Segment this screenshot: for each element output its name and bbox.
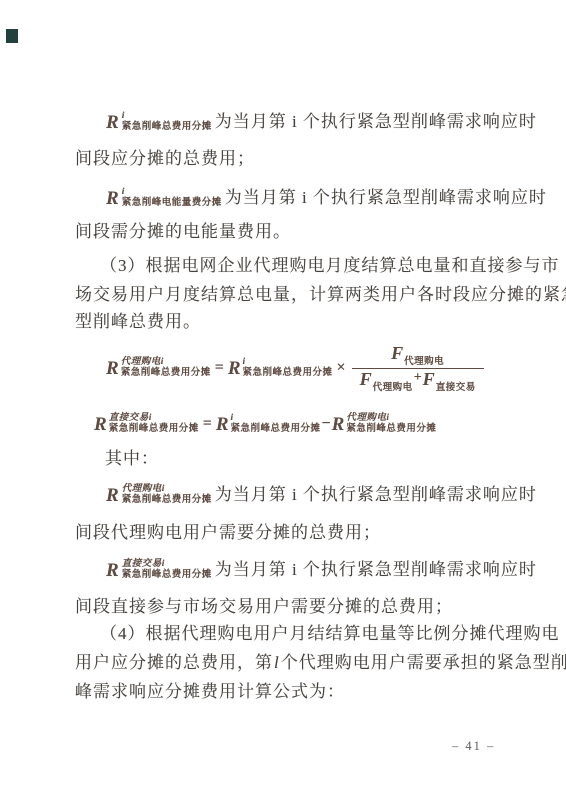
para3-line2: 场交易用户月度结算总电量，计算两类用户各时段应分摊的紧急 — [75, 284, 566, 305]
term-sub: 紧急削峰电能量费分摊 — [122, 198, 222, 209]
plus-sign: + — [414, 371, 422, 385]
para6-line2: 间段直接参与市场交易用户需要分摊的总费用； — [75, 596, 453, 617]
math-term-energy-fee: Ri紧急削峰电能量费分摊 — [106, 187, 222, 210]
math-term-direct-share: R直接交易i紧急削峰总费用分摊 — [106, 559, 212, 582]
formula2-rhs2: R代理购电i紧急削峰总费用分摊 — [332, 413, 437, 436]
para1-line2: 间段应分摊的总费用； — [75, 148, 255, 169]
term-sub: 紧急削峰总费用分摊 — [122, 122, 212, 133]
term-sub: 紧急削峰总费用分摊 — [121, 368, 211, 379]
math-term-agent-share: R代理购电i紧急削峰总费用分摊 — [106, 484, 212, 507]
formula-direct-share: R直接交易i紧急削峰总费用分摊 = Ri紧急削峰总费用分摊 − R代理购电i紧急… — [94, 404, 436, 444]
formula2-lhs: R直接交易i紧急削峰总费用分摊 — [94, 413, 199, 436]
term-sub: 紧急削峰总费用分摊 — [243, 368, 333, 379]
term-scripts: i紧急削峰总费用分摊 — [243, 357, 333, 380]
formula1-rhs: Ri紧急削峰总费用分摊 — [228, 357, 333, 380]
para7-line2-pre: 用户应分摊的总费用，第 — [75, 653, 273, 672]
f-agent-term: F代理购电 — [360, 370, 413, 393]
term-sub: 代理购电 — [373, 379, 413, 393]
term-scripts: 代理购电i紧急削峰总费用分摊 — [121, 357, 211, 380]
fraction: F代理购电 F代理购电 + F直接交易 — [352, 343, 484, 394]
term-sup: 代理购电i — [121, 357, 164, 368]
term-sup: 代理购电i — [122, 484, 165, 495]
term-base: F — [423, 370, 435, 388]
term-base: R — [332, 415, 345, 434]
para2-line1: Ri紧急削峰电能量费分摊 为当月第 i 个执行紧急型削峰需求响应时 — [106, 181, 547, 215]
term-base: R — [216, 415, 229, 434]
term-sup: 直接交易i — [122, 559, 165, 570]
para7-line1: （4）根据代理购电用户月结结算电量等比例分摊代理购电 — [100, 623, 560, 644]
document-page: Ri紧急削峰总费用分摊 为当月第 i 个执行紧急型削峰需求响应时 间段应分摊的总… — [0, 0, 566, 800]
term-scripts: 直接交易i紧急削峰总费用分摊 — [122, 559, 212, 582]
term-base: R — [94, 415, 107, 434]
term-base: F — [391, 344, 403, 362]
term-sub: 紧急削峰总费用分摊 — [346, 424, 436, 435]
term-sub: 紧急削峰总费用分摊 — [109, 424, 199, 435]
para7-line2: 用户应分摊的总费用，第l个代理购电用户需要承担的紧急型削 — [75, 652, 566, 673]
f-agent-term: F代理购电 — [391, 344, 444, 367]
term-sub: 紧急削峰总费用分摊 — [122, 570, 212, 581]
term-base: R — [106, 113, 120, 132]
term-scripts: 代理购电i紧急削峰总费用分摊 — [122, 484, 212, 507]
f-direct-term: F直接交易 — [423, 370, 476, 393]
term-scripts: i紧急削峰总费用分摊 — [122, 111, 212, 134]
para2-line2: 间段需分摊的电能量费用。 — [75, 221, 291, 242]
para3-line1: （3）根据电网企业代理购电月度结算总电量和直接参与市 — [100, 255, 560, 276]
para7-line2-post: 个代理购电用户需要承担的紧急型削 — [281, 653, 566, 672]
term-sup: i — [122, 111, 125, 122]
para7-line3: 峰需求响应分摊费用计算公式为： — [75, 681, 345, 702]
term-scripts: i紧急削峰总费用分摊 — [231, 413, 321, 436]
para5-text: 为当月第 i 个执行紧急型削峰需求响应时 — [215, 484, 537, 505]
formula-agent-share: R代理购电i紧急削峰总费用分摊 = Ri紧急削峰总费用分摊 × F代理购电 F代… — [106, 344, 486, 392]
term-base: F — [360, 370, 372, 388]
para1-line1: Ri紧急削峰总费用分摊 为当月第 i 个执行紧急型削峰需求响应时 — [106, 105, 537, 139]
para5-line2: 间段代理购电用户需要分摊的总费用； — [75, 522, 381, 543]
term-sub: 紧急削峰总费用分摊 — [231, 424, 321, 435]
fraction-numerator: F代理购电 — [383, 343, 452, 368]
equals-sign: = — [215, 360, 224, 376]
corner-mark — [6, 29, 18, 43]
para2-text: 为当月第 i 个执行紧急型削峰需求响应时 — [225, 187, 547, 208]
term-sub: 紧急削峰总费用分摊 — [122, 495, 212, 506]
times-sign: × — [337, 360, 346, 376]
term-sub: 代理购电 — [404, 353, 444, 367]
fraction-denominator: F代理购电 + F直接交易 — [352, 368, 484, 394]
para1-text: 为当月第 i 个执行紧急型削峰需求响应时 — [215, 111, 537, 132]
term-sup: 代理购电i — [346, 413, 389, 424]
math-term-total-cost: Ri紧急削峰总费用分摊 — [106, 111, 212, 134]
term-sup: i — [231, 413, 234, 424]
para6-text: 为当月第 i 个执行紧急型削峰需求响应时 — [215, 559, 537, 580]
term-sup: i — [122, 187, 125, 198]
formula1-lhs: R代理购电i紧急削峰总费用分摊 — [106, 357, 211, 380]
para5-line1: R代理购电i紧急削峰总费用分摊 为当月第 i 个执行紧急型削峰需求响应时 — [106, 478, 537, 512]
term-scripts: 直接交易i紧急削峰总费用分摊 — [109, 413, 199, 436]
term-sup: 直接交易i — [109, 413, 152, 424]
term-scripts: 代理购电i紧急削峰总费用分摊 — [346, 413, 436, 436]
formula2-rhs1: Ri紧急削峰总费用分摊 — [216, 413, 321, 436]
para6-line1: R直接交易i紧急削峰总费用分摊 为当月第 i 个执行紧急型削峰需求响应时 — [106, 553, 537, 587]
term-base: R — [106, 189, 120, 208]
variable-l: l — [273, 653, 281, 672]
term-scripts: i紧急削峰电能量费分摊 — [122, 187, 222, 210]
equals-sign: = — [203, 416, 212, 432]
term-base: R — [106, 561, 120, 580]
term-base: R — [106, 486, 120, 505]
para3-line3: 型削峰总费用。 — [75, 311, 201, 332]
term-base: R — [228, 359, 241, 378]
term-sup: i — [243, 357, 246, 368]
page-number: – 41 – — [452, 739, 495, 754]
term-sub: 直接交易 — [436, 379, 476, 393]
term-base: R — [106, 359, 119, 378]
among-label: 其中： — [105, 448, 159, 469]
minus-sign: − — [322, 416, 331, 432]
